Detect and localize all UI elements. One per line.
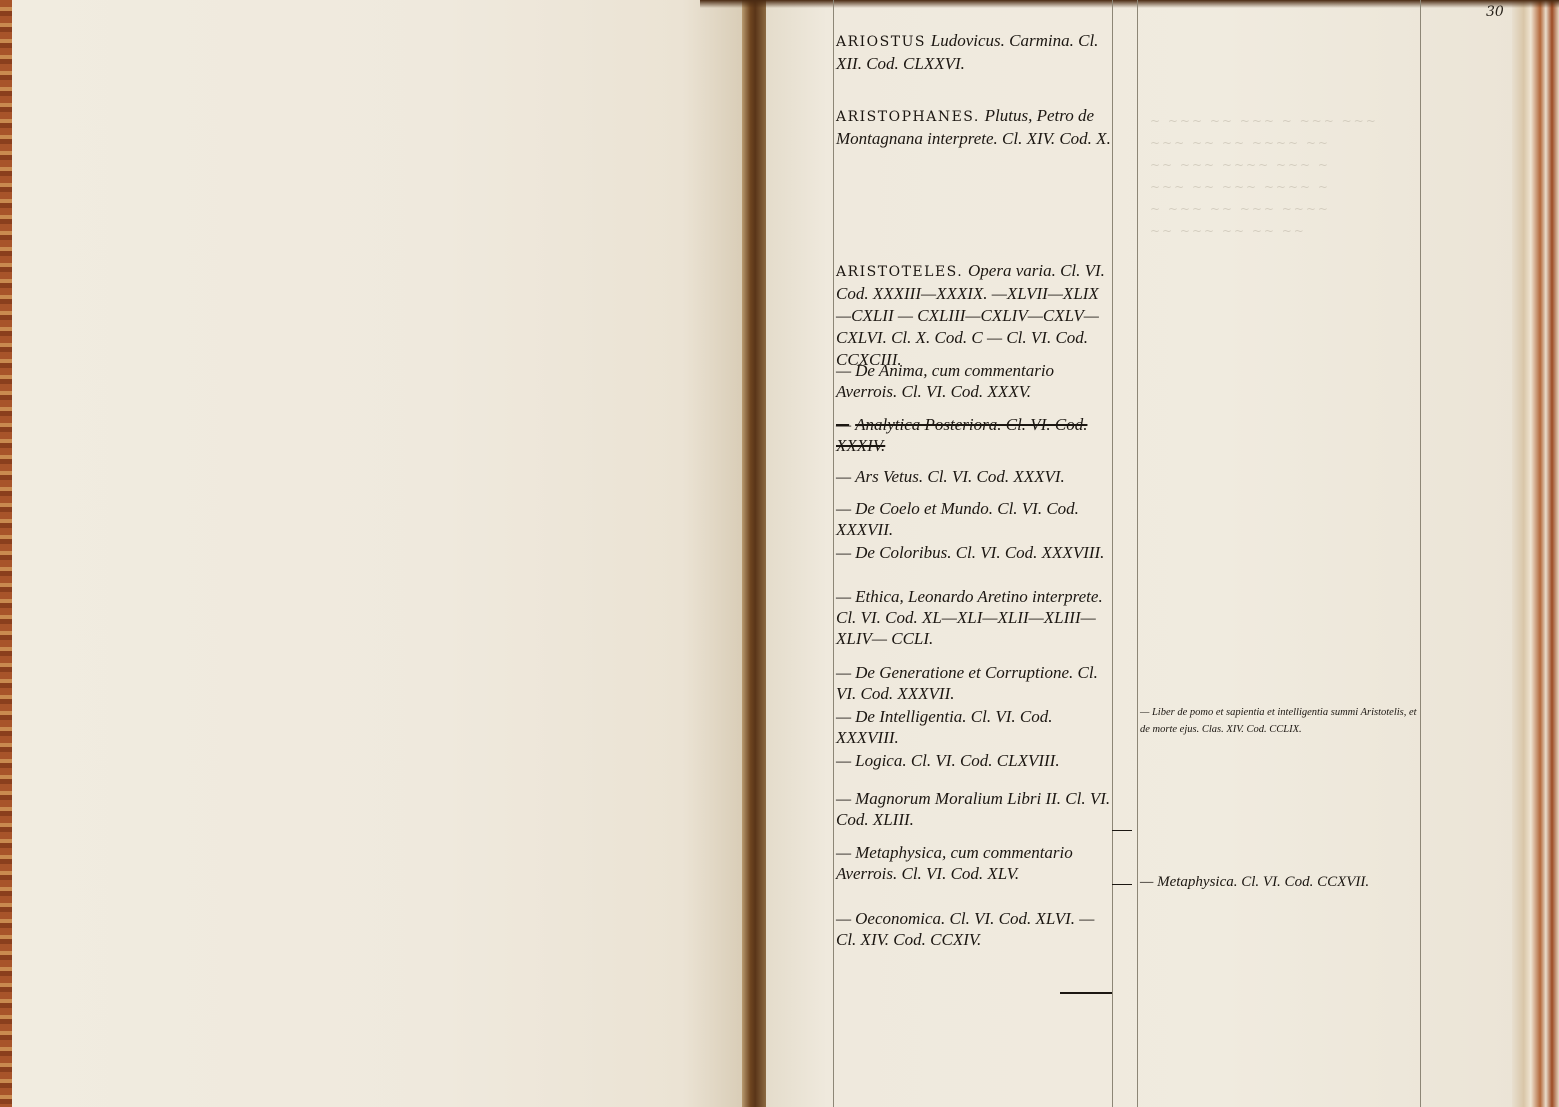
subentry-ethica: —Ethica, Leonardo Aretino interprete. Cl… <box>836 586 1116 662</box>
subentry-magnorum-moralium: —Magnorum Moralium Libri II. Cl. VI. Cod… <box>836 788 1116 842</box>
main-column: ARIOSTUS Ludovicus. Carmina. Cl. XII. Co… <box>836 30 1116 952</box>
page-number: 30 <box>1486 4 1504 20</box>
entry-heading: ARIOSTUS <box>836 34 926 50</box>
subentry-de-intelligentia: —De Intelligentia. Cl. VI. Cod. XXXVIII. <box>836 706 1116 750</box>
entry-ariostus: ARIOSTUS Ludovicus. Carmina. Cl. XII. Co… <box>836 30 1116 105</box>
ruled-line-margin <box>833 0 834 1107</box>
entry-aristoteles: ARISTOTELES. Opera varia. Cl. VI. Cod. X… <box>836 260 1116 360</box>
note-metaphysica: — Metaphysica. Cl. VI. Cod. CCXVII. <box>1140 872 1425 892</box>
subentry-de-coloribus: —De Coloribus. Cl. VI. Cod. XXXVIII. <box>836 542 1116 586</box>
book-spread: 30 ~ ~~~ ~~ ~~~ ~ ~~~ ~~~~~~ ~~ ~~ ~~~~ … <box>0 0 1559 1107</box>
show-through-text: ~ ~~~ ~~ ~~~ ~ ~~~ ~~~~~~ ~~ ~~ ~~~~ ~~~… <box>1150 110 1410 242</box>
margin-tick-mark <box>1112 830 1132 831</box>
left-page-blank <box>0 0 742 1107</box>
ruled-line-notes-right <box>1420 0 1421 1107</box>
ruled-line-notes-left <box>1137 0 1138 1107</box>
entry-heading: ARISTOPHANES. <box>836 109 980 125</box>
note-liber-de-pomo: — Liber de pomo et sapientia et intellig… <box>1140 704 1425 738</box>
margin-tick-mark <box>1112 884 1132 885</box>
subentry-analytica-posteriora-struck: —Analytica Posteriora. Cl. VI. Cod. XXXI… <box>836 414 1116 466</box>
subentry-de-coelo: —De Coelo et Mundo. Cl. VI. Cod. XXXVII. <box>836 498 1116 542</box>
subentry-de-anima: —De Anima, cum commentario Averrois. Cl.… <box>836 360 1116 414</box>
subentry-logica: —Logica. Cl. VI. Cod. CLXVIII. <box>836 750 1116 788</box>
book-gutter <box>742 0 766 1107</box>
subentry-de-generatione: —De Generatione et Corruptione. Cl. VI. … <box>836 662 1116 706</box>
subentry-oeconomica: —Oeconomica. Cl. VI. Cod. XLVI. — Cl. XI… <box>836 908 1116 952</box>
top-shadow <box>700 0 1559 8</box>
right-page-fore-edge <box>1512 0 1559 1107</box>
subentry-metaphysica: —Metaphysica, cum commentario Averrois. … <box>836 842 1116 908</box>
entry-end-rule <box>1060 992 1112 994</box>
left-page-edge <box>0 0 12 1107</box>
entry-heading: ARISTOTELES. <box>836 264 963 280</box>
subentry-ars-vetus: —Ars Vetus. Cl. VI. Cod. XXXVI. <box>836 466 1116 498</box>
entry-aristophanes: ARISTOPHANES. Plutus, Petro de Montagnan… <box>836 105 1116 260</box>
